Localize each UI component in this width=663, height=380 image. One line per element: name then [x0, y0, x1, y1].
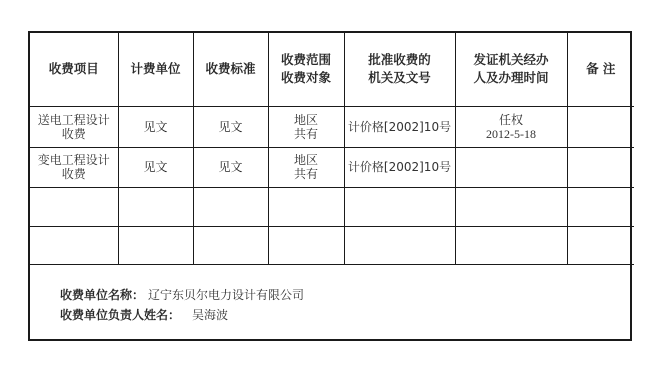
table-row-empty — [30, 187, 634, 226]
header-remarks: 备 注 — [567, 33, 634, 106]
fee-registration-form: 收费项目 计费单位 收费标准 收费范围收费对象 批准收费的机关及文号 发证机关经… — [28, 31, 632, 341]
cell-fee-scope — [268, 226, 344, 264]
cell-remarks — [567, 187, 634, 226]
form-footer: 收费单位名称：辽宁东贝尔电力设计有限公司 收费单位负责人姓名：吴海波 — [60, 285, 304, 325]
cell-issuing-officer — [455, 187, 567, 226]
header-billing-unit: 计费单位 — [118, 33, 193, 106]
cell-fee-item: 变电工程设计收费 — [30, 147, 118, 187]
header-approval-authority: 批准收费的机关及文号 — [344, 33, 455, 106]
cell-approval-doc: 计价格[2002]10号 — [344, 147, 455, 187]
cell-fee-scope: 地区共有 — [268, 147, 344, 187]
table-row-empty — [30, 226, 634, 264]
unit-head-label: 收费单位负责人姓名： — [60, 308, 180, 322]
cell-fee-scope: 地区共有 — [268, 106, 344, 147]
cell-issuing-officer — [455, 226, 567, 264]
cell-fee-scope — [268, 187, 344, 226]
header-issuing-officer: 发证机关经办人及办理时间 — [455, 33, 567, 106]
cell-fee-standard: 见文 — [193, 147, 268, 187]
cell-remarks — [567, 106, 634, 147]
header-fee-item: 收费项目 — [30, 33, 118, 106]
cell-remarks — [567, 147, 634, 187]
cell-fee-item: 送电工程设计收费 — [30, 106, 118, 147]
table-row: 变电工程设计收费 见文 见文 地区共有 计价格[2002]10号 — [30, 147, 634, 187]
cell-fee-standard — [193, 226, 268, 264]
header-fee-standard: 收费标准 — [193, 33, 268, 106]
cell-issuing-officer — [455, 147, 567, 187]
unit-name-label: 收费单位名称： — [60, 288, 144, 302]
cell-fee-item — [30, 226, 118, 264]
cell-remarks — [567, 226, 634, 264]
header-row: 收费项目 计费单位 收费标准 收费范围收费对象 批准收费的机关及文号 发证机关经… — [30, 33, 634, 106]
cell-fee-standard — [193, 187, 268, 226]
unit-head-row: 收费单位负责人姓名：吴海波 — [60, 305, 304, 325]
cell-billing-unit: 见文 — [118, 106, 193, 147]
unit-head-value: 吴海波 — [192, 308, 228, 322]
table-row: 送电工程设计收费 见文 见文 地区共有 计价格[2002]10号 任权2012-… — [30, 106, 634, 147]
unit-name-row: 收费单位名称：辽宁东贝尔电力设计有限公司 — [60, 285, 304, 305]
cell-billing-unit — [118, 226, 193, 264]
cell-billing-unit: 见文 — [118, 147, 193, 187]
cell-billing-unit — [118, 187, 193, 226]
cell-fee-item — [30, 187, 118, 226]
cell-approval-doc — [344, 226, 455, 264]
cell-approval-doc: 计价格[2002]10号 — [344, 106, 455, 147]
unit-name-value: 辽宁东贝尔电力设计有限公司 — [148, 288, 304, 302]
issue-date: 2012-5-18 — [486, 127, 536, 141]
fee-table: 收费项目 计费单位 收费标准 收费范围收费对象 批准收费的机关及文号 发证机关经… — [30, 33, 634, 265]
cell-approval-doc — [344, 187, 455, 226]
cell-fee-standard: 见文 — [193, 106, 268, 147]
header-fee-scope: 收费范围收费对象 — [268, 33, 344, 106]
cell-issuing-officer: 任权2012-5-18 — [455, 106, 567, 147]
